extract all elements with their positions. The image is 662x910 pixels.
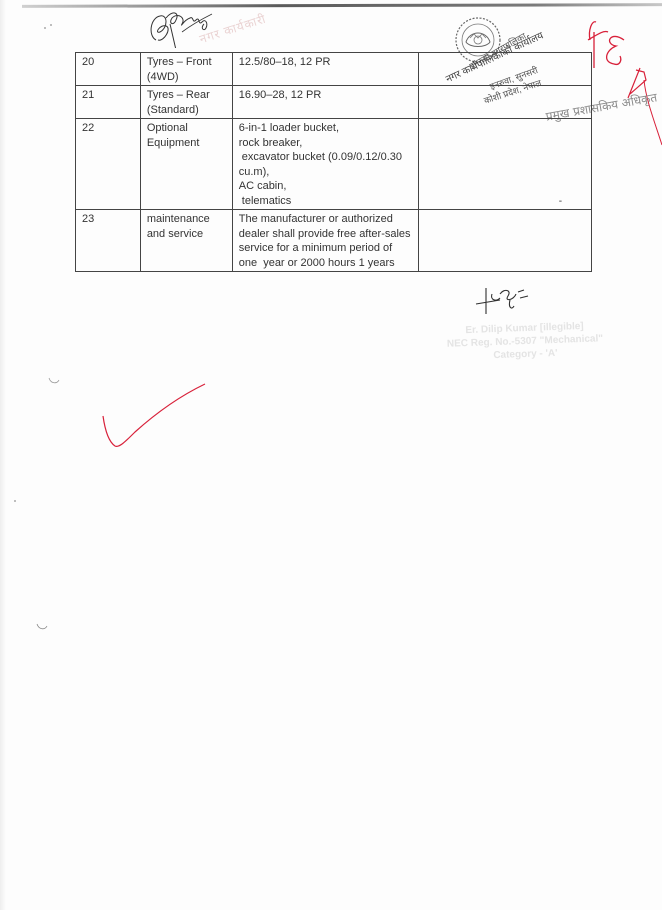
scan-speck: [50, 24, 52, 26]
item-cell: maintenance and service: [140, 210, 232, 272]
table-row: 20 Tyres – Front (4WD) 12.5/80–18, 12 PR: [76, 53, 592, 86]
remarks-cell: [418, 210, 591, 272]
row-number: 20: [76, 53, 141, 86]
scan-speck: [14, 500, 16, 502]
remarks-cell: -: [418, 119, 591, 210]
spec-cell: 16.90–28, 12 PR: [232, 86, 418, 119]
engineer-stamp: Er. Dilip Kumar [illegible] NEC Reg. No.…: [419, 318, 630, 364]
row-number: 22: [76, 119, 141, 210]
scan-top-edge: [22, 3, 662, 8]
punch-hole-mark: [36, 622, 48, 632]
remarks-cell: [418, 86, 591, 119]
row-number: 23: [76, 210, 141, 272]
handwritten-page-number: [580, 10, 662, 150]
item-cell: Optional Equipment: [140, 119, 232, 210]
red-check-mark: [95, 380, 210, 455]
remarks-dash: -: [559, 195, 562, 210]
signature-bottom: [474, 280, 534, 315]
item-cell: Tyres – Front (4WD): [140, 53, 232, 86]
scan-speck: [44, 27, 46, 29]
row-number: 21: [76, 86, 141, 119]
table-row: 23 maintenance and service The manufactu…: [76, 210, 592, 272]
specification-table: 20 Tyres – Front (4WD) 12.5/80–18, 12 PR…: [75, 52, 592, 272]
spec-cell: 12.5/80–18, 12 PR: [232, 53, 418, 86]
table-row: 22 Optional Equipment 6-in-1 loader buck…: [76, 119, 592, 210]
spec-cell: The manufacturer or authorized dealer sh…: [232, 210, 418, 272]
table-row: 21 Tyres – Rear (Standard) 16.90–28, 12 …: [76, 86, 592, 119]
remarks-cell: [418, 53, 591, 86]
punch-hole-mark: [48, 376, 60, 386]
item-cell: Tyres – Rear (Standard): [140, 86, 232, 119]
spec-cell: 6-in-1 loader bucket, rock breaker, exca…: [232, 119, 418, 210]
scan-edge-shadow: [0, 0, 6, 910]
